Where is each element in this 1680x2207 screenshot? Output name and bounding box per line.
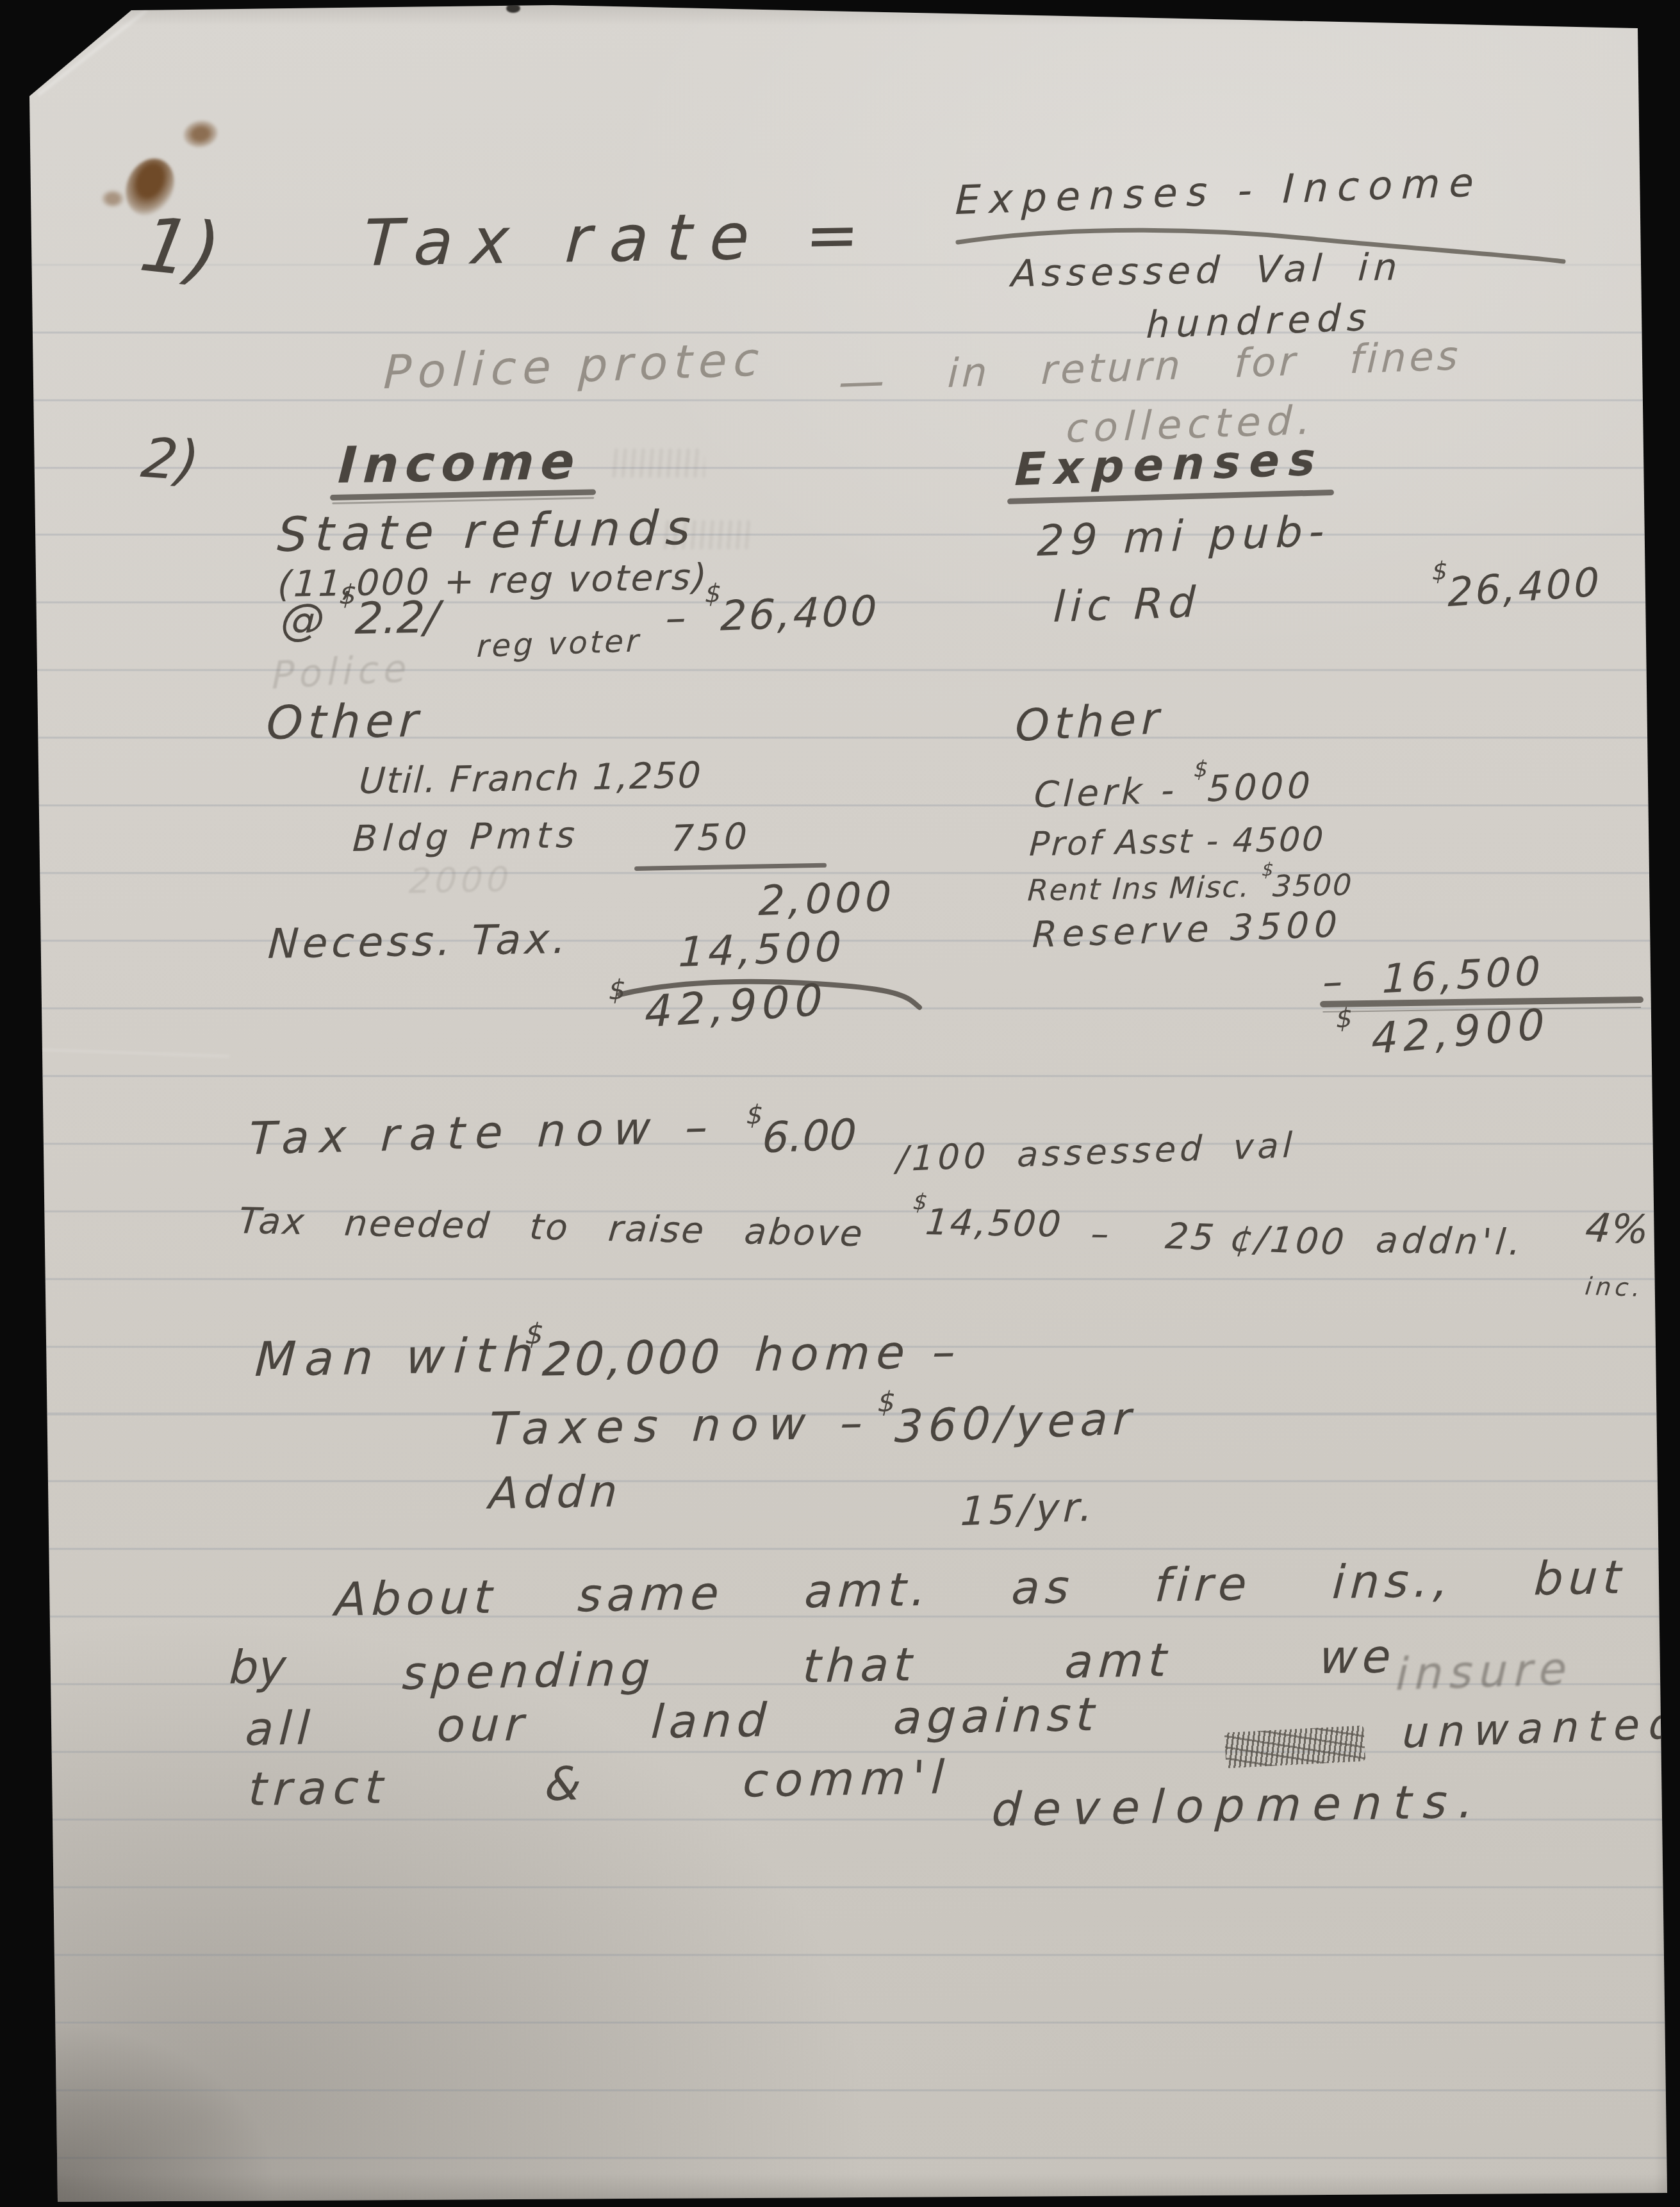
road-expense-line2: lic Rd bbox=[1053, 581, 1201, 629]
left-edge-crease bbox=[31, 1048, 229, 1057]
expenses-total-underline bbox=[1320, 996, 1643, 1007]
dash: – bbox=[665, 594, 690, 642]
clerk-label: Clerk - bbox=[1034, 770, 1179, 816]
road-expense-line1: 29 mi pub- bbox=[1037, 510, 1331, 563]
amount-value: 26,400 bbox=[720, 588, 880, 641]
fraction-bar-stroke bbox=[958, 230, 1563, 261]
erased-marks-after-refunds bbox=[660, 520, 750, 549]
taxes-now-label: Taxes now – bbox=[488, 1400, 874, 1452]
reg-voters-note: (11,000 + reg voters) bbox=[277, 559, 709, 603]
util-franch-line: Util. Franch 1,250 bbox=[358, 758, 703, 800]
man-home-amount: $20,000 bbox=[523, 1333, 724, 1383]
stain-large bbox=[117, 151, 183, 223]
tax-rate-now-label: Tax rate now – bbox=[248, 1104, 719, 1161]
erased-marks-after-income bbox=[609, 449, 705, 477]
reserve-line: Reserve 3500 bbox=[1032, 907, 1343, 954]
rate-per-voter: @ $2.2/ bbox=[279, 595, 440, 643]
tax-needed-label: Tax needed to raise above bbox=[237, 1203, 866, 1252]
fines-line1: in return for fines bbox=[947, 336, 1462, 393]
state-refunds-label: State refunds bbox=[276, 504, 700, 559]
road-expense-amount: $26,400 bbox=[1432, 561, 1602, 613]
rent-amount: 3500 bbox=[1272, 867, 1354, 903]
tax-needed-addnl: addn'l. bbox=[1374, 1223, 1526, 1261]
rent-label: Rent Ins Misc. bbox=[1026, 869, 1251, 907]
item1-title: Tax rate = bbox=[362, 203, 879, 276]
taxes-now-amount: $360/year bbox=[877, 1396, 1137, 1450]
bldg-pmts-value: 750 bbox=[670, 819, 752, 857]
state-refunds-amount: – $26,400 bbox=[665, 590, 880, 639]
fraction-denominator-line1: Assessed Val in bbox=[1010, 248, 1403, 292]
stain-small bbox=[181, 118, 220, 151]
total-value: 42,900 bbox=[1371, 999, 1550, 1064]
dollar-sign: $ bbox=[1194, 756, 1208, 782]
dollar-sign: $ bbox=[877, 1386, 896, 1419]
amount-value: 360/year bbox=[894, 1392, 1137, 1453]
tax-needed-dash: – bbox=[1089, 1216, 1110, 1252]
rate-unit: reg voter bbox=[476, 625, 641, 662]
expenses-total: $ 42,900 bbox=[1336, 1002, 1550, 1064]
man-with-label: Man with bbox=[254, 1331, 543, 1384]
police-protec-label: Police protec bbox=[383, 336, 766, 395]
amount-value: 20,000 bbox=[541, 1330, 724, 1387]
item2-number: 2) bbox=[138, 431, 202, 490]
paragraph-line2-insure: insure bbox=[1396, 1646, 1574, 1697]
corner-fold-highlight bbox=[37, 9, 148, 96]
tax-needed-inc: inc. bbox=[1584, 1274, 1645, 1300]
dollar-sign: $ bbox=[746, 1099, 764, 1130]
total-value: 42,900 bbox=[645, 975, 827, 1038]
stain-speck bbox=[101, 190, 124, 208]
fines-line2: collected. bbox=[1066, 400, 1317, 449]
fraction-denominator-line2: hundreds bbox=[1146, 299, 1373, 343]
bldg-pmts-label: Bldg Pmts bbox=[352, 818, 581, 857]
man-home-label: home – bbox=[754, 1328, 963, 1378]
paragraph-line3: all our land against bbox=[244, 1691, 1100, 1752]
paragraph-line3-unwanted: unwanted bbox=[1402, 1703, 1680, 1755]
tax-needed-rate: 25 ¢/100 bbox=[1164, 1219, 1348, 1261]
clerk-line: Clerk - $5000 bbox=[1034, 767, 1315, 814]
dollar-sign: $ bbox=[1336, 1002, 1353, 1034]
addn-amount: 15/yr. bbox=[960, 1487, 1097, 1532]
erased-police-word: Police bbox=[272, 650, 412, 695]
amount-value: 14,500 bbox=[924, 1202, 1065, 1246]
item1-number: 1) bbox=[135, 206, 226, 289]
expenses-header: Expenses bbox=[1014, 436, 1325, 492]
tax-rate-now-amount: $6.00 bbox=[745, 1112, 857, 1160]
paragraph-line2-by: by bbox=[228, 1643, 287, 1690]
dollar-sign: $ bbox=[1432, 556, 1447, 586]
scribbled-out-word bbox=[1224, 1725, 1366, 1768]
dollar-sign: $ bbox=[705, 579, 722, 609]
income-other-subtotal: 2,000 bbox=[758, 877, 896, 923]
necess-tax-value: 14,500 bbox=[678, 927, 846, 973]
income-total-underline-stroke bbox=[620, 982, 919, 1007]
dollar-sign: $ bbox=[912, 1189, 928, 1215]
paragraph-line2: spending that amt we bbox=[401, 1633, 1397, 1696]
income-other-header: Other bbox=[265, 697, 424, 746]
income-header: Income bbox=[337, 436, 582, 491]
paragraph-line1: About same amt. as fire ins., but bbox=[334, 1554, 1627, 1623]
dollar-sign: $ bbox=[609, 973, 626, 1006]
fraction-bar bbox=[948, 223, 1583, 274]
prof-asst-line: Prof Asst - 4500 bbox=[1028, 823, 1326, 861]
clerk-amount: 5000 bbox=[1206, 765, 1315, 810]
at-sign: @ bbox=[279, 594, 325, 645]
erased-subtotal: 2000 bbox=[408, 862, 513, 898]
dollar-sign: $ bbox=[525, 1318, 545, 1351]
bldg-pmts-underline bbox=[634, 863, 827, 871]
edge-nick bbox=[506, 4, 520, 13]
amount-value: 6.00 bbox=[761, 1110, 857, 1162]
dollar-sign: $ bbox=[338, 579, 357, 611]
amount-value: 26,400 bbox=[1447, 558, 1601, 616]
photo-of-handwritten-note: 1) Tax rate = Expenses - Income Assessed… bbox=[0, 0, 1680, 2207]
income-underline bbox=[330, 489, 596, 500]
paragraph-line4-developments: developments. bbox=[991, 1778, 1486, 1833]
rate-value: 2.2/ bbox=[354, 592, 440, 644]
income-total: $ 42,900 bbox=[609, 977, 828, 1037]
tax-needed-pct: 4% bbox=[1584, 1208, 1651, 1250]
income-total-underline bbox=[612, 973, 932, 1013]
dollar-sign: $ bbox=[1262, 859, 1274, 880]
expenses-other-header: Other bbox=[1015, 697, 1165, 748]
police-dash: — bbox=[837, 357, 885, 405]
lined-paper-sheet: 1) Tax rate = Expenses - Income Assessed… bbox=[0, 0, 1680, 2207]
paragraph-line4: tract & comm'l bbox=[247, 1754, 951, 1812]
expenses-other-subtotal: – 16,500 bbox=[1322, 951, 1544, 1002]
necess-tax-label: Necess. Tax. bbox=[267, 919, 571, 965]
fraction-numerator: Expenses - Income bbox=[955, 162, 1483, 220]
expenses-underline bbox=[1007, 490, 1334, 504]
rent-ins-misc-line: Rent Ins Misc. $3500 bbox=[1027, 870, 1354, 905]
addn-label: Addn bbox=[488, 1470, 623, 1516]
tax-needed-amount: $14,500 bbox=[910, 1203, 1064, 1243]
tax-rate-now-per: /100 assessed val bbox=[896, 1128, 1297, 1177]
